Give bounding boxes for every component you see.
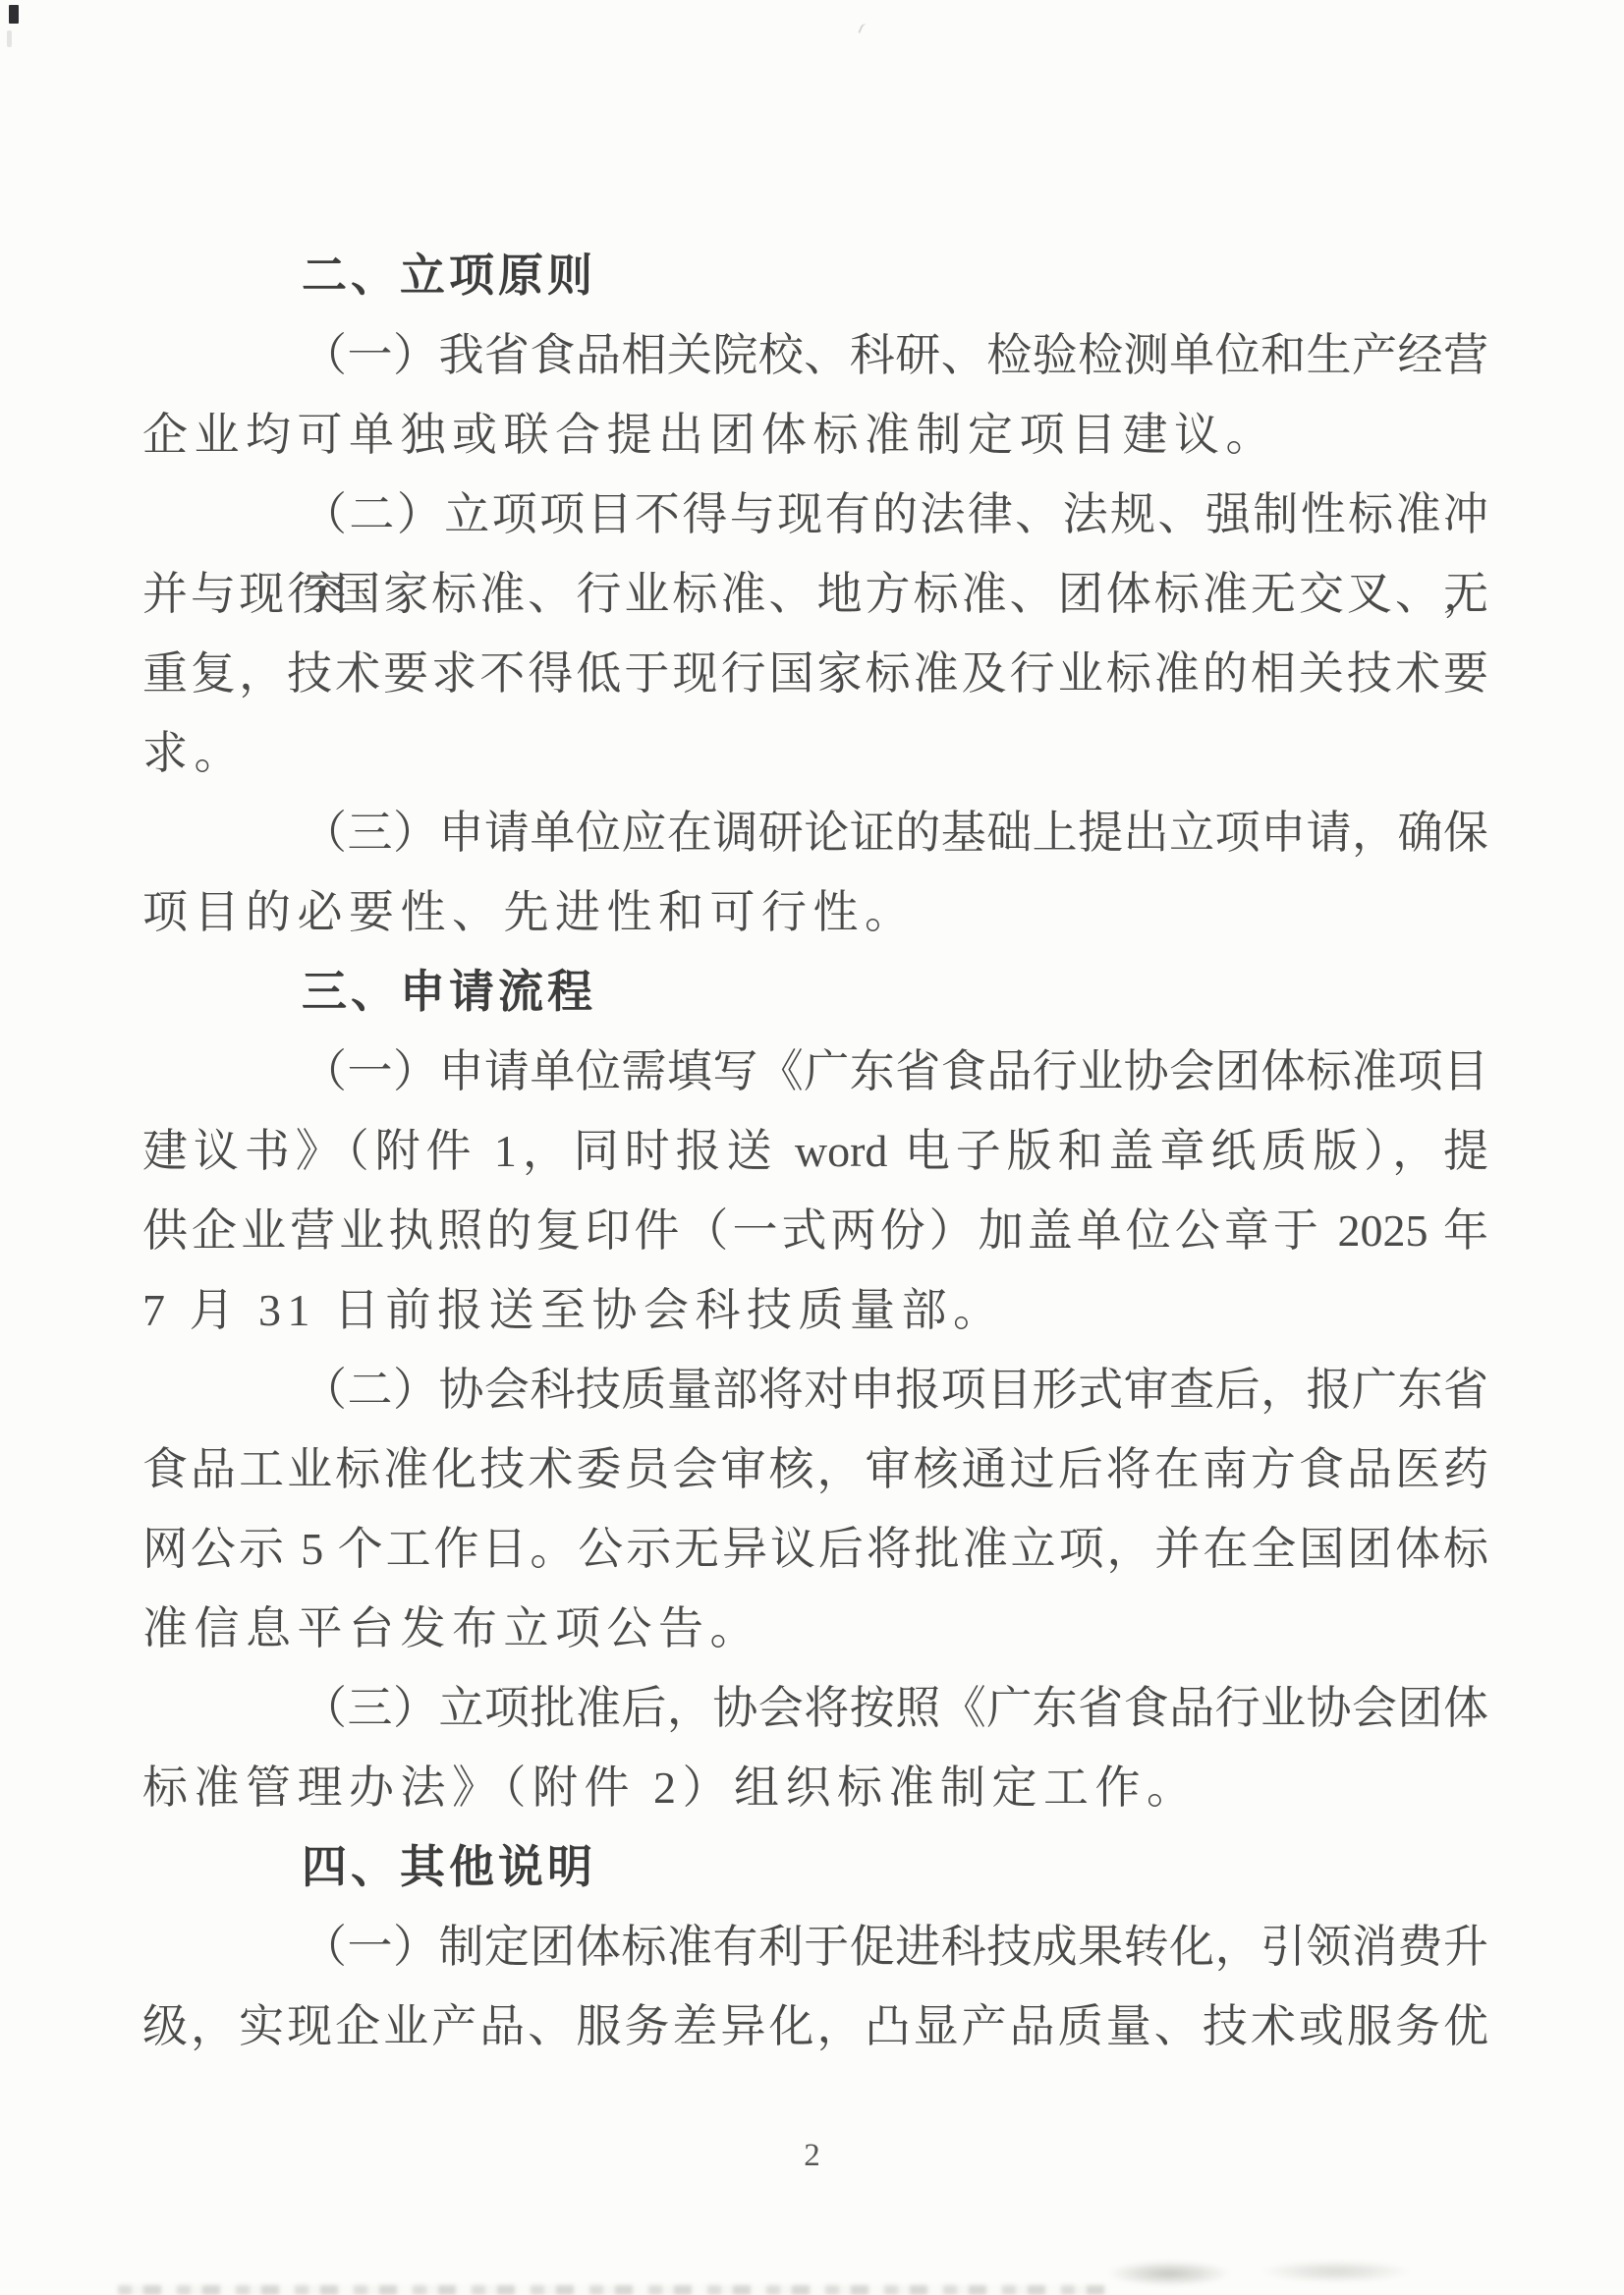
text-line: （一）申请单位需填写《广东省食品行业协会团体标准项目 (142, 1032, 1488, 1111)
text-line: 食品工业标准化技术委员会审核，审核通过后将在南方食品医药 (142, 1429, 1488, 1509)
scan-bottom-smudge (1110, 2250, 1434, 2291)
text-line: （三）立项批准后，协会将按照《广东省食品行业协会团体 (142, 1668, 1488, 1748)
document-body-text: 二、立项原则（一）我省食品相关院校、科研、检验检测单位和生产经营企业均可单独或联… (142, 236, 1488, 2066)
text-line: 建议书》（附件 1，同时报送 word 电子版和盖章纸质版），提 (142, 1111, 1488, 1191)
text-line: 准信息平台发布立项公告。 (142, 1589, 1488, 1668)
section-heading: 三、申请流程 (142, 952, 1488, 1032)
page-number: 2 (0, 2138, 1624, 2174)
section-heading: 四、其他说明 (142, 1827, 1488, 1907)
scan-faint-mark (7, 30, 12, 47)
text-line: （三）申请单位应在调研论证的基础上提出立项申请，确保 (142, 793, 1488, 872)
text-line: 企业均可单独或联合提出团体标准制定项目建议。 (142, 395, 1488, 475)
text-line: （一）制定团体标准有利于促进科技成果转化，引领消费升 (142, 1907, 1488, 1987)
text-line: 项目的必要性、先进性和可行性。 (142, 872, 1488, 952)
text-line: 供企业营业执照的复印件（一式两份）加盖单位公章于 2025 年 (142, 1191, 1488, 1270)
text-line: （一）我省食品相关院校、科研、检验检测单位和生产经营 (142, 315, 1488, 395)
text-line: 7 月 31 日前报送至协会科技质量部。 (142, 1270, 1488, 1350)
text-line: 标准管理办法》（附件 2）组织标准制定工作。 (142, 1748, 1488, 1827)
document-page: 二、立项原则（一）我省食品相关院校、科研、检验检测单位和生产经营企业均可单独或联… (0, 0, 1624, 2295)
text-line: （二）协会科技质量部将对申报项目形式审查后，报广东省 (142, 1350, 1488, 1429)
scan-corner-mark (9, 5, 19, 24)
section-heading: 二、立项原则 (142, 236, 1488, 315)
text-line: 并与现行国家标准、行业标准、地方标准、团体标准无交叉、无 (142, 554, 1488, 634)
text-line: 重复，技术要求不得低于现行国家标准及行业标准的相关技术要 (142, 634, 1488, 713)
scan-bottom-edge-artifact (118, 2285, 1110, 2295)
text-line: 网公示 5 个工作日。公示无异议后将批准立项，并在全国团体标 (142, 1509, 1488, 1589)
text-line: （二）立项项目不得与现有的法律、法规、强制性标准冲突， (142, 475, 1488, 554)
text-line: 求。 (142, 713, 1488, 793)
text-line: 级，实现企业产品、服务差异化，凸显产品质量、技术或服务优 (142, 1987, 1488, 2066)
scan-speck-mark (858, 23, 872, 37)
